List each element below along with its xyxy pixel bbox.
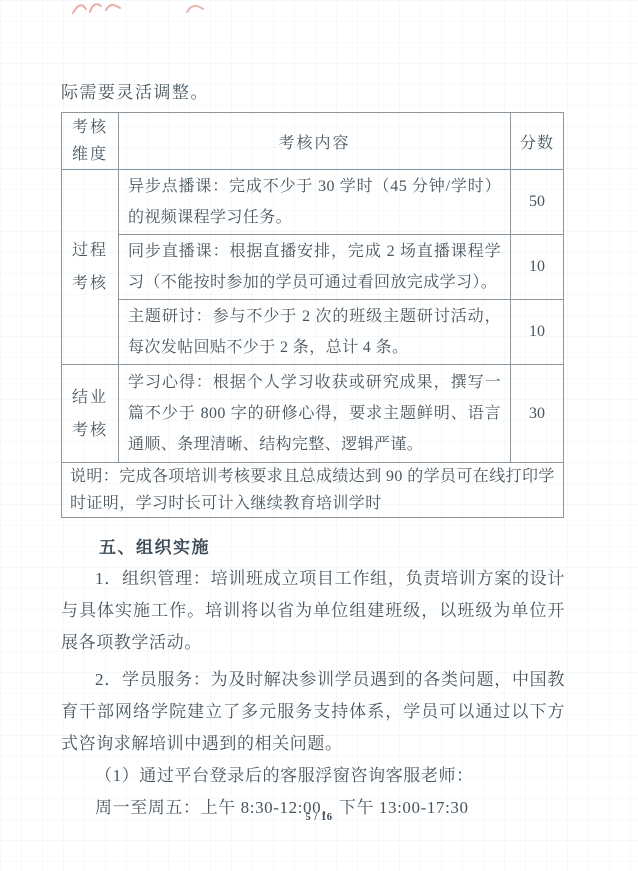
column-header-content: 考核内容 <box>119 113 511 170</box>
list-item-service-channel: （1）通过平台登录后的客服浮窗咨询客服老师： <box>61 760 565 792</box>
page-content: 际需要灵活调整。 考核 维度 考核内容 分数 过程 考核 异步点播课：完成不少于… <box>61 82 565 824</box>
score-cell: 30 <box>511 365 564 463</box>
score-cell: 10 <box>511 300 564 365</box>
dimension-cell-final: 结业 考核 <box>62 365 119 463</box>
table-row: 同步直播课：根据直播安排，完成 2 场直播课程学习（不能按时参加的学员可通过看回… <box>62 235 564 300</box>
content-cell-async-course: 异步点播课：完成不少于 30 学时（45 分钟/学时）的视频课程学习任务。 <box>119 170 511 235</box>
red-annotation-mark-icon <box>184 2 206 15</box>
content-cell-discussion: 主题研讨：参与不少于 2 次的班级主题研讨活动，每次发帖回贴不少于 2 条，总计… <box>119 300 511 365</box>
paragraph-student-service: 2．学员服务：为及时解决参训学员遇到的各类问题，中国教育干部网络学院建立了多元服… <box>61 664 565 760</box>
intro-line: 际需要灵活调整。 <box>61 82 565 103</box>
table-row: 过程 考核 异步点播课：完成不少于 30 学时（45 分钟/学时）的视频课程学习… <box>62 170 564 235</box>
content-cell-live-course: 同步直播课：根据直播安排，完成 2 场直播课程学习（不能按时参加的学员可通过看回… <box>119 235 511 300</box>
table-row: 结业 考核 学习心得：根据个人学习收获或研究成果，撰写一篇不少于 800 字的研… <box>62 365 564 463</box>
score-cell: 10 <box>511 235 564 300</box>
column-header-dimension: 考核 维度 <box>62 113 119 170</box>
table-row: 主题研讨：参与不少于 2 次的班级主题研讨活动，每次发帖回贴不少于 2 条，总计… <box>62 300 564 365</box>
score-cell: 50 <box>511 170 564 235</box>
table-header-row: 考核 维度 考核内容 分数 <box>62 113 564 170</box>
red-annotation-mark-icon <box>70 0 126 16</box>
content-cell-learning-report: 学习心得：根据个人学习收获或研究成果，撰写一篇不少于 800 字的研修心得，要求… <box>119 365 511 463</box>
paragraph-org-management: 1．组织管理：培训班成立项目工作组，负责培训方案的设计与具体实施工作。培训将以省… <box>61 563 565 659</box>
page-number: 5 / 16 <box>0 812 638 823</box>
assessment-table: 考核 维度 考核内容 分数 过程 考核 异步点播课：完成不少于 30 学时（45… <box>61 112 564 518</box>
column-header-score: 分数 <box>511 113 564 170</box>
document-page: 际需要灵活调整。 考核 维度 考核内容 分数 过程 考核 异步点播课：完成不少于… <box>0 0 638 871</box>
dimension-cell-process: 过程 考核 <box>62 170 119 365</box>
table-note-row: 说明：完成各项培训考核要求且总成绩达到 90 的学员可在线打印学时证明，学习时长… <box>62 463 564 518</box>
section-heading: 五、组织实施 <box>99 533 565 558</box>
table-note: 说明：完成各项培训考核要求且总成绩达到 90 的学员可在线打印学时证明，学习时长… <box>62 463 564 518</box>
